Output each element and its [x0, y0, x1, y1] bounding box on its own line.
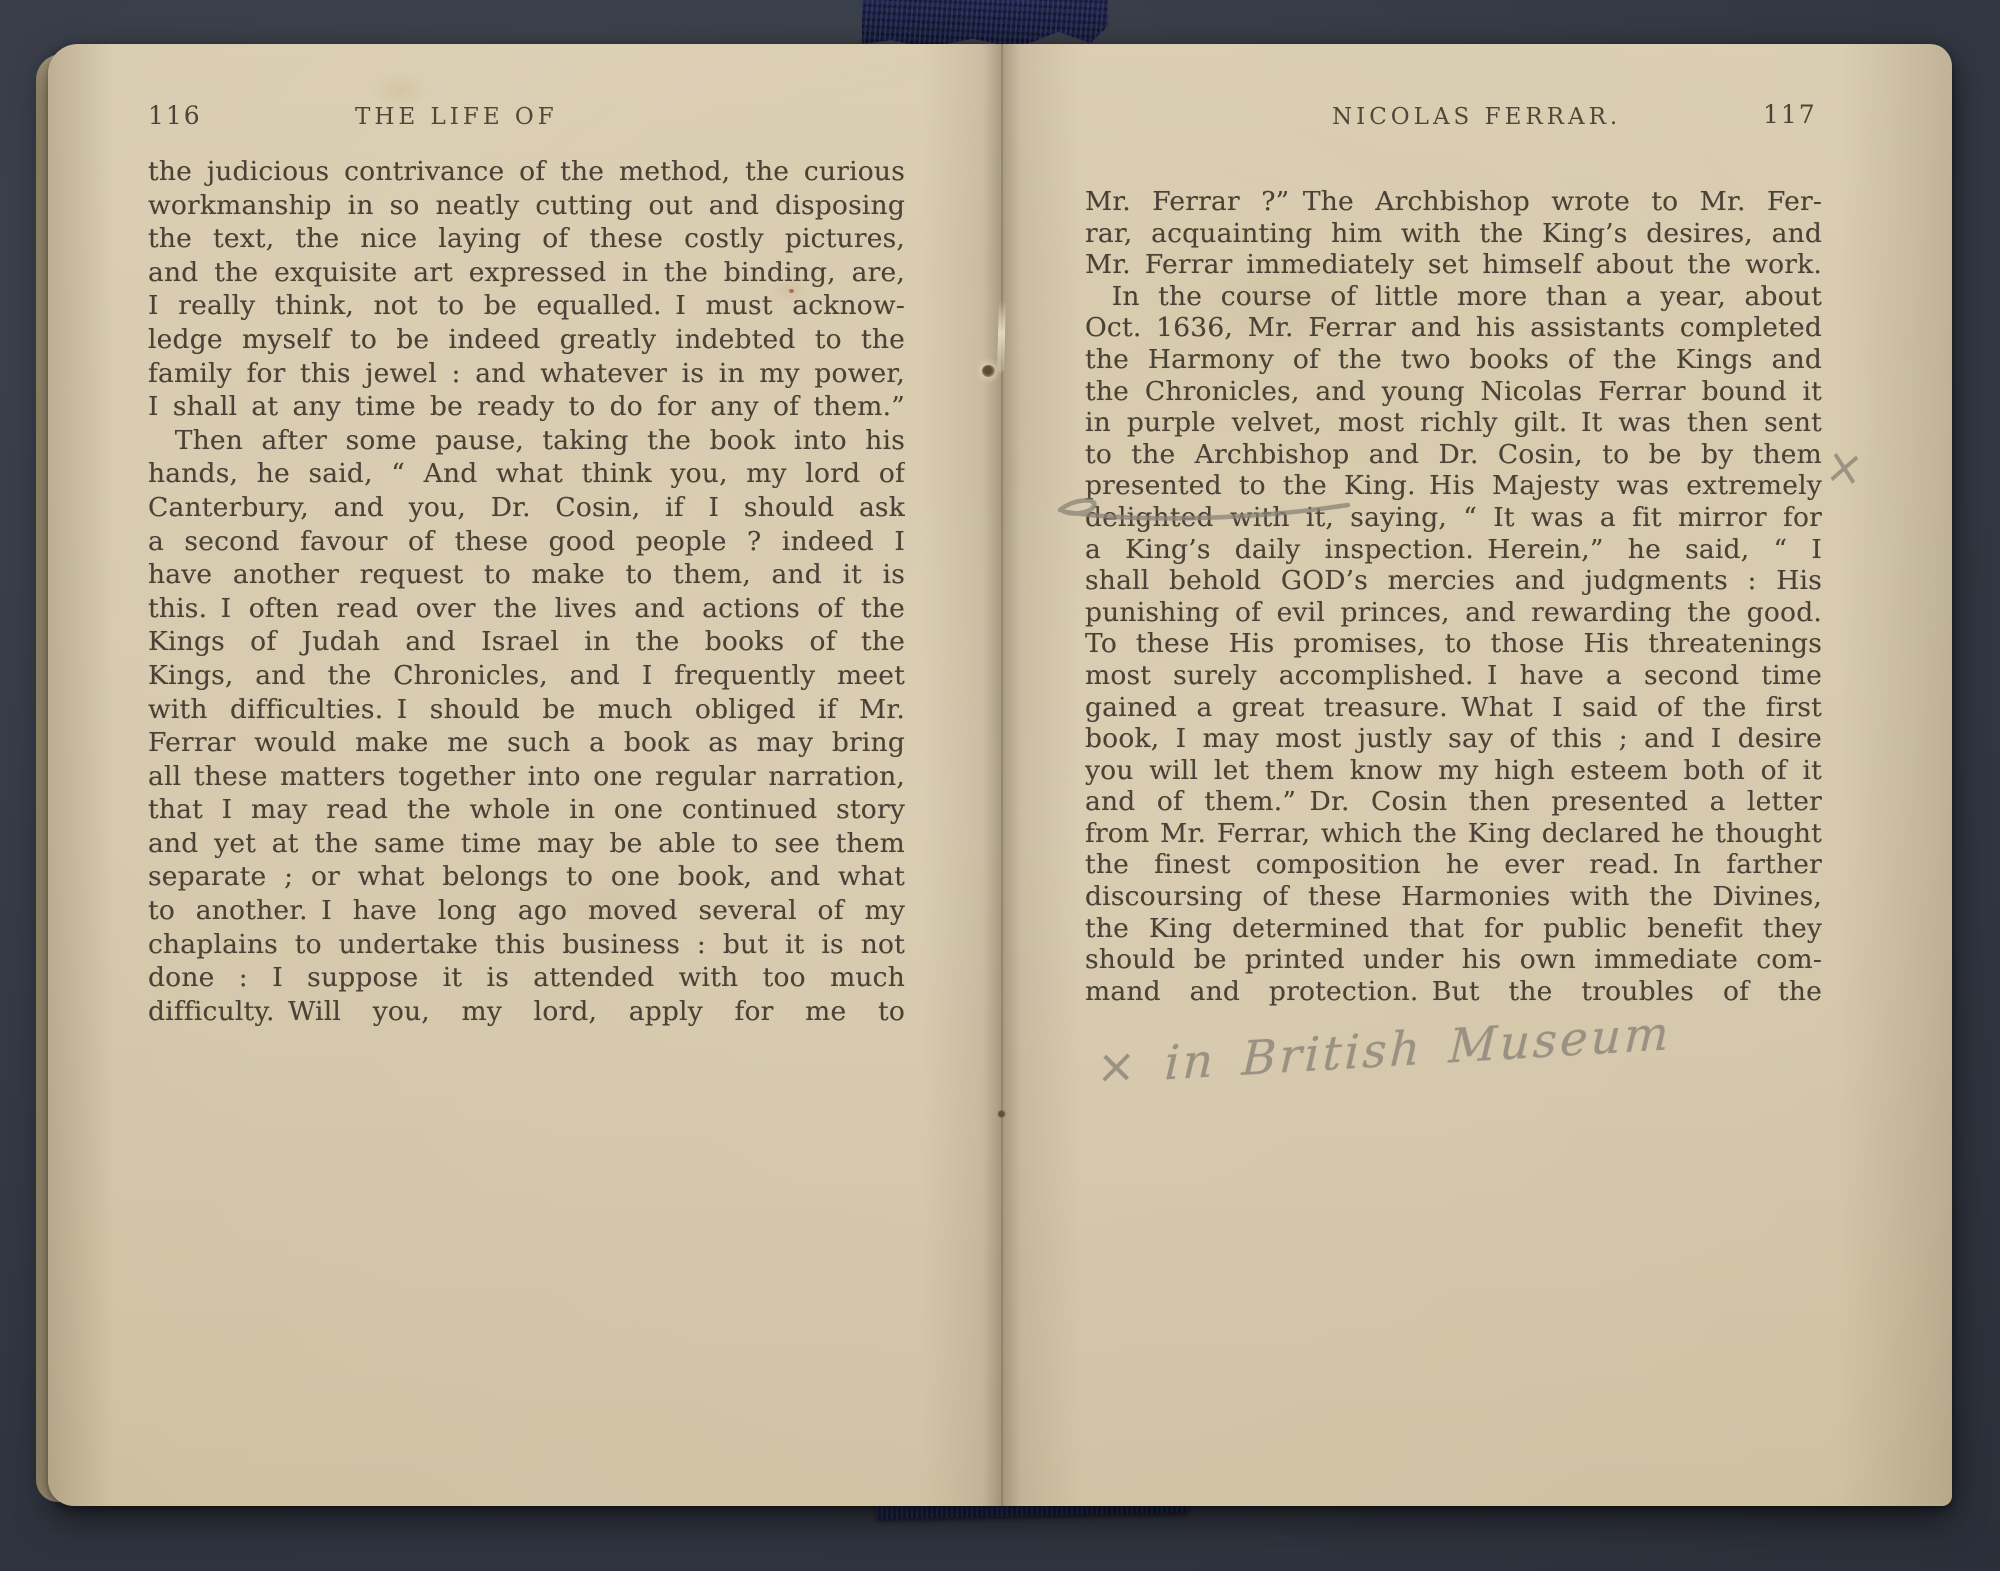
text-line: In the course of little more than a year…	[1085, 281, 1822, 313]
text-line: family for this jewel : and whatever is …	[148, 357, 905, 391]
text-line: I really think, not to be equalled. I mu…	[148, 289, 905, 323]
text-line: gained a great treasure. What I said of …	[1085, 692, 1822, 724]
text-line: punishing of evil princes, and rewarding…	[1085, 597, 1822, 629]
text-line: chaplains to undertake this business : b…	[148, 928, 905, 962]
text-line: rar, acquainting him with the King’s des…	[1085, 218, 1822, 250]
text-line: with difficulties. I should be much obli…	[148, 693, 905, 727]
text-line: shall behold GOD’s mercies and judgments…	[1085, 565, 1822, 597]
stitch-hole	[982, 365, 995, 377]
pencil-underline	[1052, 488, 1362, 534]
left-page-number: 116	[148, 101, 202, 130]
text-line: Kings, and the Chronicles, and I frequen…	[148, 659, 905, 693]
text-line: Oct. 1636, Mr. Ferrar and his assistants…	[1085, 312, 1822, 344]
text-line: the Harmony of the two books of the King…	[1085, 344, 1822, 376]
text-line: Kings of Judah and Israel in the books o…	[148, 625, 905, 659]
text-line: and yet at the same time may be able to …	[148, 827, 905, 861]
book-gutter	[922, 44, 1082, 1506]
open-book: 116 THE LIFE OF NICOLAS FERRAR. 117 the …	[48, 44, 1952, 1506]
handwritten-annotation: × in British Museum	[1095, 1003, 1716, 1095]
text-line: Mr. Ferrar ?” The Archbishop wrote to Mr…	[1085, 186, 1822, 218]
text-line: the finest composition he ever read. In …	[1085, 849, 1822, 881]
text-line: Canterbury, and you, Dr. Cosin, if I sho…	[148, 491, 905, 525]
text-line: Then after some pause, taking the book i…	[148, 424, 905, 458]
left-running-title: THE LIFE OF	[355, 104, 558, 130]
text-line: that I may read the whole in one continu…	[148, 793, 905, 827]
text-line: from Mr. Ferrar, which the King declared…	[1085, 818, 1822, 850]
text-line: most surely accomplished. I have a secon…	[1085, 660, 1822, 692]
photo-backdrop: 116 THE LIFE OF NICOLAS FERRAR. 117 the …	[0, 0, 2000, 1571]
pencil-x-mark: ×	[1822, 436, 1867, 499]
text-line: this. I often read over the lives and ac…	[148, 592, 905, 626]
text-line: to the Archbishop and Dr. Cosin, to be b…	[1085, 439, 1822, 471]
right-running-title: NICOLAS FERRAR.	[1332, 104, 1621, 130]
text-line: Ferrar would make me such a book as may …	[148, 726, 905, 760]
text-line: book, I may most justly say of this ; an…	[1085, 723, 1822, 755]
text-line: should be printed under his own immediat…	[1085, 944, 1822, 976]
text-line: discoursing of these Harmonies with the …	[1085, 881, 1822, 913]
text-line: the Chronicles, and young Nicolas Ferrar…	[1085, 376, 1822, 408]
text-line: Mr. Ferrar immediately set himself about…	[1085, 249, 1822, 281]
text-line: and the exquisite art expressed in the b…	[148, 256, 905, 290]
pencil-underline-stroke	[1052, 488, 1362, 534]
right-page-number: 117	[1763, 100, 1817, 129]
text-line: the text, the nice laying of these costl…	[148, 222, 905, 256]
left-page-text: the judicious contrivance of the method,…	[148, 155, 905, 1028]
text-line: have another request to make to them, an…	[148, 558, 905, 592]
text-line: ledge myself to be indeed greatly indebt…	[148, 323, 905, 357]
text-line: the King determined that for public bene…	[1085, 913, 1822, 945]
text-line: To these His promises, to those His thre…	[1085, 628, 1822, 660]
text-line: difficulty. Will you, my lord, apply for…	[148, 995, 905, 1029]
text-line: to another. I have long ago moved severa…	[148, 894, 905, 928]
text-line: hands, he said, “ And what think you, my…	[148, 457, 905, 491]
text-line: you will let them know my high esteem bo…	[1085, 755, 1822, 787]
text-line: the judicious contrivance of the method,…	[148, 155, 905, 189]
deckle-edge	[998, 1498, 1946, 1514]
stitch-hole	[997, 1110, 1006, 1118]
text-line: in purple velvet, most richly gilt. It w…	[1085, 407, 1822, 439]
text-line: all these matters together into one regu…	[148, 760, 905, 794]
text-line: and of them.” Dr. Cosin then presented a…	[1085, 786, 1822, 818]
right-page-text: Mr. Ferrar ?” The Archbishop wrote to Mr…	[1085, 186, 1822, 1007]
text-line: a King’s daily inspection. Herein,” he s…	[1085, 534, 1822, 566]
text-line: a second favour of these good people ? i…	[148, 525, 905, 559]
text-line: workmanship in so neatly cutting out and…	[148, 189, 905, 223]
text-line: I shall at any time be ready to do for a…	[148, 390, 905, 424]
text-line: mand and protection. But the troubles of…	[1085, 976, 1822, 1008]
text-line: separate ; or what belongs to one book, …	[148, 860, 905, 894]
text-line: done : I suppose it is attended with too…	[148, 961, 905, 995]
